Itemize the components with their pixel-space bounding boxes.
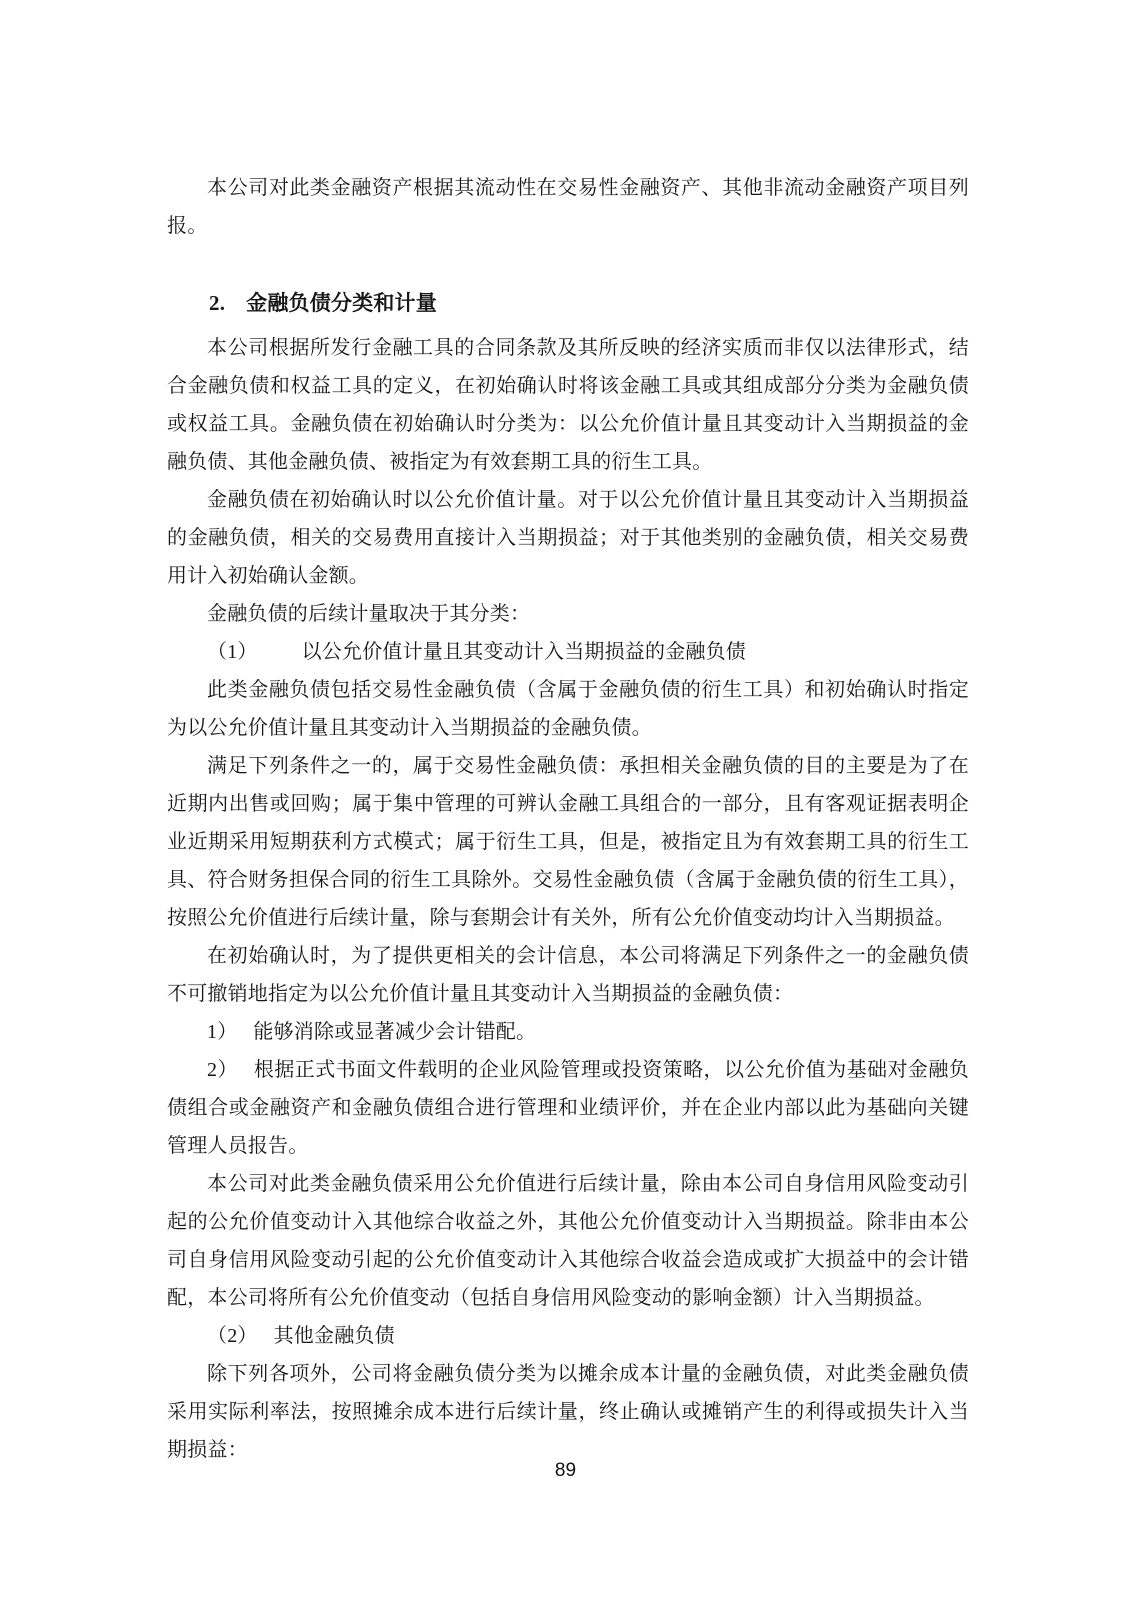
paragraph-subsequent-intro: 金融负债的后续计量取决于其分类： <box>167 595 969 633</box>
intro-paragraph: 本公司对此类金融资产根据其流动性在交易性金融资产、其他非流动金融资产项目列报。 <box>167 169 969 245</box>
paragraph-designation-intro: 在初始确认时，为了提供更相关的会计信息，本公司将满足下列条件之一的金融负债不可撤… <box>167 937 969 1013</box>
section-title: 金融负债分类和计量 <box>246 291 437 315</box>
paragraph-initial-measurement: 金融负债在初始确认时以公允价值计量。对于以公允价值计量且其变动计入当期损益的金融… <box>167 481 969 595</box>
list-item-2-label: 2） <box>207 1059 238 1081</box>
list-item-1-text: 能够消除或显著减少会计错配。 <box>253 1021 536 1043</box>
paragraph-trading-conditions: 满足下列条件之一的，属于交易性金融负债：承担相关金融负债的目的主要是为了在近期内… <box>167 747 969 937</box>
list-item-1: 1）能够消除或显著减少会计错配。 <box>167 1013 969 1051</box>
paragraph-fvtpl-subsequent: 本公司对此类金融负债采用公允价值进行后续计量，除由本公司自身信用风险变动引起的公… <box>167 1165 969 1317</box>
list-item-1-label: 1） <box>207 1021 237 1043</box>
document-page: 本公司对此类金融资产根据其流动性在交易性金融资产、其他非流动金融资产项目列报。 … <box>0 0 1131 1600</box>
subsection-1-label: （1） <box>207 641 258 663</box>
list-item-2: 2）根据正式书面文件载明的企业风险管理或投资策略，以公允价值为基础对金融负债组合… <box>167 1051 969 1165</box>
page-number: 89 <box>555 1460 576 1481</box>
section-number: 2. <box>209 291 225 315</box>
section-heading: 2.金融负债分类和计量 <box>167 284 969 322</box>
list-item-2-text: 根据正式书面文件载明的企业风险管理或投资策略，以公允价值为基础对金融负债组合或金… <box>167 1059 969 1157</box>
subsection-2-title: 其他金融负债 <box>274 1325 395 1347</box>
subsection-2-label: （2） <box>207 1325 258 1347</box>
document-body: 本公司对此类金融资产根据其流动性在交易性金融资产、其他非流动金融资产项目列报。 … <box>167 169 969 1469</box>
paragraph-classification: 本公司根据所发行金融工具的合同条款及其所反映的经济实质而非仅以法律形式，结合金融… <box>167 329 969 481</box>
subsection-1-heading: （1）以公允价值计量且其变动计入当期损益的金融负债 <box>167 633 969 671</box>
subsection-2-heading: （2）其他金融负债 <box>167 1317 969 1355</box>
page-footer: 89 <box>0 1452 1131 1491</box>
subsection-1-title: 以公允价值计量且其变动计入当期损益的金融负债 <box>302 641 746 663</box>
paragraph-fvtpl-includes: 此类金融负债包括交易性金融负债（含属于金融负债的衍生工具）和初始确认时指定为以公… <box>167 671 969 747</box>
